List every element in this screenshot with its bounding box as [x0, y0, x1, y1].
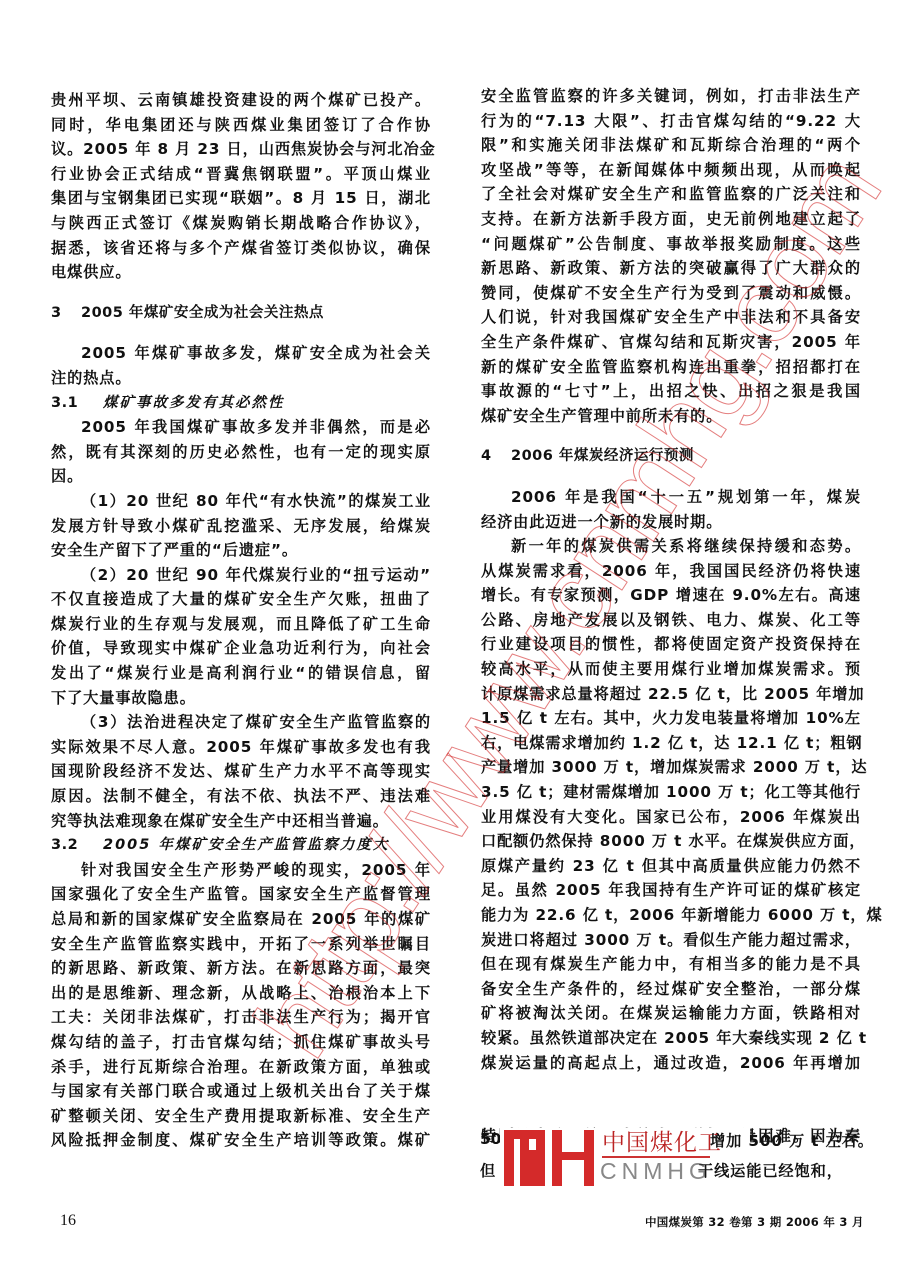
obscured-text-end: 干线运能已经饱和， [698, 1160, 843, 1181]
logo-chinese-name: 中国煤化工 [602, 1124, 722, 1157]
text-line: 2005 年煤矿事故多发，煤矿安全成为社会关 [51, 341, 431, 366]
text-line: 国家强化了安全生产监管。国家安全生产监督管理 [51, 882, 431, 907]
text-line: 备安全生产条件的，经过煤矿安全整治，一部分煤 [481, 977, 861, 1002]
text-line: （3）法治进程决定了煤矿安全生产监管监察的 [51, 710, 431, 735]
section-heading-3-2: 3.22005 年煤矿安全生产监管监察力度大 [51, 833, 431, 858]
text-line: 行为的“7.13 大限”、打击官煤勾结的“9.22 大 [481, 109, 861, 134]
text-line: 实际效果不尽人意。2005 年煤矿事故多发也有我 [51, 735, 431, 760]
section-number: 3.1 [51, 391, 103, 416]
text-line: 贵州平坝、云南镇雄投资建设的两个煤矿已投产。 [51, 88, 431, 113]
text-line: 风险抵押金制度、煤矿安全生产培训等政策。煤矿 [51, 1128, 431, 1153]
text-line: （2）20 世纪 90 年代煤炭行业的“扭亏运动” [51, 563, 431, 588]
text-line: 攻坚战”等等，在新闻媒体中频频出现，从而唤起 [481, 158, 861, 183]
text-line: 经济由此迈进一个新的发展时期。 [481, 510, 861, 535]
paragraph-keywords: 安全监管监察的许多关键词，例如，打击非法生产 行为的“7.13 大限”、打击官煤… [481, 84, 861, 428]
text-line: 安全生产留下了严重的“后遗症”。 [51, 538, 431, 563]
page-number: 16 [60, 1212, 76, 1230]
text-line: 下了大量事故隐患。 [51, 686, 431, 711]
section-title: 2005 年煤矿安全成为社会关注热点 [81, 305, 324, 321]
obscured-text-end: 增加 500 万 t 左右。 [710, 1130, 874, 1151]
text-line: 公路、房地产发展以及钢铁、电力、煤炭、化工等 [481, 608, 861, 633]
paragraph-forecast: 新一年的煤炭供需关系将继续保持缓和态势。 从煤炭需求看，2006 年，我国国民经… [481, 534, 861, 1149]
list-item-1: （1）20 世纪 80 年代“有水快流”的煤炭工业 发展方针导致小煤矿乱挖滥采、… [51, 489, 431, 563]
left-column: 贵州平坝、云南镇雄投资建设的两个煤矿已投产。 同时，华电集团还与陕西煤业集团签订… [51, 88, 431, 1153]
paragraph-inevitability: 2005 年我国煤矿事故多发并非偶然，而是必 然，既有其深刻的历史必然性，也有一… [51, 415, 431, 489]
text-line: 较高水平，从而使主要用煤行业增加煤炭需求。预 [481, 657, 861, 682]
text-line: 据悉，该省还将与多个产煤省签订类似协议，确保 [51, 236, 431, 261]
text-line: 炭进口将超过 3000 万 t。看似生产能力超过需求， [481, 928, 861, 953]
cnmhg-logo-watermark: 500 但 中国煤化工 CNMHG 增加 500 万 t 左右。 干线运能已经饱… [500, 1128, 750, 1198]
text-line: 右，电煤需求增加约 1.2 亿 t，达 12.1 亿 t；粗钢 [481, 731, 861, 756]
text-line: 原煤产量约 23 亿 t 但其中高质量供应能力仍然不 [481, 854, 861, 879]
text-line: “问题煤矿”公告制度、事故举报奖励制度。这些 [481, 232, 861, 257]
text-line: 发展方针导致小煤矿乱挖滥采、无序发展，给煤炭 [51, 514, 431, 539]
text-line: 口配额仍然保持 8000 万 t 水平。在煤炭供应方面， [481, 829, 861, 854]
section-title: 煤矿事故多发有其必然性 [103, 395, 285, 411]
text-line: 全生产条件煤矿、官煤勾结和瓦斯灾害，2005 年 [481, 330, 861, 355]
obscured-line-b [481, 1100, 861, 1125]
text-line: 事故源的“七寸”上，出招之快、出招之狠是我国 [481, 379, 861, 404]
text-line: 较紧。虽然铁道部决定在 2005 年大秦线实现 2 亿 t [481, 1026, 861, 1051]
text-line: 矿整顿关闭、安全生产费用提取新标准、安全生产 [51, 1104, 431, 1129]
text-line: 行业建设项目的惯性，都将使固定资产投资保持在 [481, 632, 861, 657]
text-line: 与国家有关部门联合或通过上级机关出台了关于煤 [51, 1079, 431, 1104]
text-line: 总局和新的国家煤矿安全监察局在 2005 年的煤矿 [51, 907, 431, 932]
text-line: 煤勾结的盖子，打击官煤勾结；抓住煤矿事故头号 [51, 1030, 431, 1055]
obscured-line-a [481, 1075, 861, 1100]
list-item-3: （3）法治进程决定了煤矿安全生产监管监察的 实际效果不尽人意。2005 年煤矿事… [51, 710, 431, 833]
text-line: 杀手，进行瓦斯综合治理。在新政策方面，单独或 [51, 1055, 431, 1080]
text-line: 安全监管监察的许多关键词，例如，打击非法生产 [481, 84, 861, 109]
text-line: 新的煤矿安全监管监察机构连出重拳，招招都打在 [481, 355, 861, 380]
text-line: 集团与宝钢集团已实现“联姻”。8 月 15 日，湖北 [51, 186, 431, 211]
text-line: 足。虽然 2005 年我国持有生产许可证的煤矿核定 [481, 878, 861, 903]
text-line: 原因。法制不健全，有法不依、执法不严、违法难 [51, 784, 431, 809]
text-line: 2005 年我国煤矿事故多发并非偶然，而是必 [51, 415, 431, 440]
text-line: 的新思路、新政策、新方法。在新思路方面，最突 [51, 956, 431, 981]
text-line: 限”和实施关闭非法煤矿和瓦斯综合治理的“两个 [481, 133, 861, 158]
text-line: 出的是思维新、理念新，从战略上、治根治本上下 [51, 981, 431, 1006]
text-line: 支持。在新方法新手段方面，史无前例地建立起了 [481, 207, 861, 232]
section-title: 2006 年煤炭经济运行预测 [511, 448, 694, 464]
text-line: 了全社会对煤矿安全生产和监管监察的广泛关注和 [481, 182, 861, 207]
section-heading-4: 42006 年煤炭经济运行预测 [481, 444, 861, 469]
section-heading-3: 32005 年煤矿安全成为社会关注热点 [51, 301, 431, 326]
text-line: 但在现有煤炭生产能力中，有相当多的能力是不具 [481, 952, 861, 977]
text-line: 1.5 亿 t 左右。其中，火力发电装量将增加 10%左 [481, 706, 861, 731]
text-line: 不仅直接造成了大量的煤矿安全生产欠账，扭曲了 [51, 587, 431, 612]
text-line: 因。 [51, 464, 431, 489]
text-line: 究等执法难现象在煤矿安全生产中还相当普遍。 [51, 809, 431, 834]
text-line: 能力为 22.6 亿 t，2006 年新增能力 6000 万 t，煤 [481, 903, 861, 928]
mh-logo-icon [500, 1128, 600, 1186]
section-heading-3-1: 3.1煤矿事故多发有其必然性 [51, 391, 431, 416]
text-line: 2006 年是我国“十一五”规划第一年，煤炭 [481, 485, 861, 510]
obscured-text-start: 但 [480, 1160, 495, 1181]
text-line: 增长。有专家预测，GDP 增速在 9.0%左右。高速 [481, 583, 861, 608]
section-number: 3.2 [51, 833, 103, 858]
text-line: 新思路、新政策、新方法的突破赢得了广大群众的 [481, 256, 861, 281]
paragraph-intro-3: 2005 年煤矿事故多发，煤矿安全成为社会关 注的热点。 [51, 341, 431, 390]
paragraph-alliances: 贵州平坝、云南镇雄投资建设的两个煤矿已投产。 同时，华电集团还与陕西煤业集团签订… [51, 88, 431, 285]
list-item-2: （2）20 世纪 90 年代煤炭行业的“扭亏运动” 不仅直接造成了大量的煤矿安全… [51, 563, 431, 711]
text-line: 价值，导致现实中煤矿企业急功近利行为，向社会 [51, 636, 431, 661]
section-number: 3 [51, 301, 81, 326]
text-line: 赞同，使煤矿不安全生产行为受到了震动和威慑。 [481, 281, 861, 306]
text-line: 国现阶段经济不发达、煤矿生产力水平不高等现实 [51, 759, 431, 784]
text-line: 行业协会正式结成“晋冀焦钢联盟”。平顶山煤业 [51, 162, 431, 187]
text-line: 新一年的煤炭供需关系将继续保持缓和态势。 [481, 534, 861, 559]
text-line: 发出了“煤炭行业是高利润行业“的错误信息，留 [51, 661, 431, 686]
text-line: 注的热点。 [51, 366, 431, 391]
paragraph-2006-intro: 2006 年是我国“十一五”规划第一年，煤炭 经济由此迈进一个新的发展时期。 [481, 485, 861, 534]
text-line: 安全生产监管监察实践中，开拓了一系列举世瞩目 [51, 932, 431, 957]
text-line: 煤炭运量的高起点上，通过改造，2006 年再增加 [481, 1051, 861, 1076]
text-line: 针对我国安全生产形势严峻的现实，2005 年 [51, 858, 431, 883]
journal-footer: 中国煤炭第 32 卷第 3 期 2006 年 3 月 [645, 1214, 864, 1230]
section-title: 2005 年煤矿安全生产监管监察力度大 [103, 837, 389, 853]
text-line: 然，既有其深刻的历史必然性，也有一定的现实原 [51, 440, 431, 465]
text-line: 电煤供应。 [51, 260, 431, 285]
text-line: 3.5 亿 t；建材需煤增加 1000 万 t；化工等其他行 [481, 780, 861, 805]
text-line: 从煤炭需求看，2006 年，我国国民经济仍将快速 [481, 559, 861, 584]
text-line: 人们说，针对我国煤矿安全生产中非法和不具备安 [481, 305, 861, 330]
text-line: （1）20 世纪 80 年代“有水快流”的煤炭工业 [51, 489, 431, 514]
text-line: 同时，华电集团还与陕西煤业集团签订了合作协 [51, 113, 431, 138]
text-line: 与陕西正式签订《煤炭购销长期战略合作协议》， [51, 211, 431, 236]
text-line: 煤炭行业的生存观与发展观，而且降低了矿工生命 [51, 612, 431, 637]
logo-english-name: CNMHG [600, 1158, 712, 1185]
section-number: 4 [481, 444, 511, 469]
right-column: 安全监管监察的许多关键词，例如，打击非法生产 行为的“7.13 大限”、打击官煤… [481, 84, 861, 1149]
text-line: 工夫：关闭非法煤矿，打击非法生产行为；揭开官 [51, 1005, 431, 1030]
text-line: 产量增加 3000 万 t，增加煤炭需求 2000 万 t，达 [481, 755, 861, 780]
text-line: 矿将被淘汰关闭。在煤炭运输能力方面，铁路相对 [481, 1001, 861, 1026]
text-line: 煤矿安全生产管理中前所未有的。 [481, 404, 861, 429]
paragraph-supervision: 针对我国安全生产形势严峻的现实，2005 年 国家强化了安全生产监管。国家安全生… [51, 858, 431, 1153]
text-line: 计原煤需求总量将超过 22.5 亿 t，比 2005 年增加 [481, 682, 861, 707]
text-line: 议。2005 年 8 月 23 日，山西焦炭协会与河北冶金 [51, 137, 431, 162]
text-line: 业用煤没有大变化。国家已公布，2006 年煤炭出 [481, 805, 861, 830]
